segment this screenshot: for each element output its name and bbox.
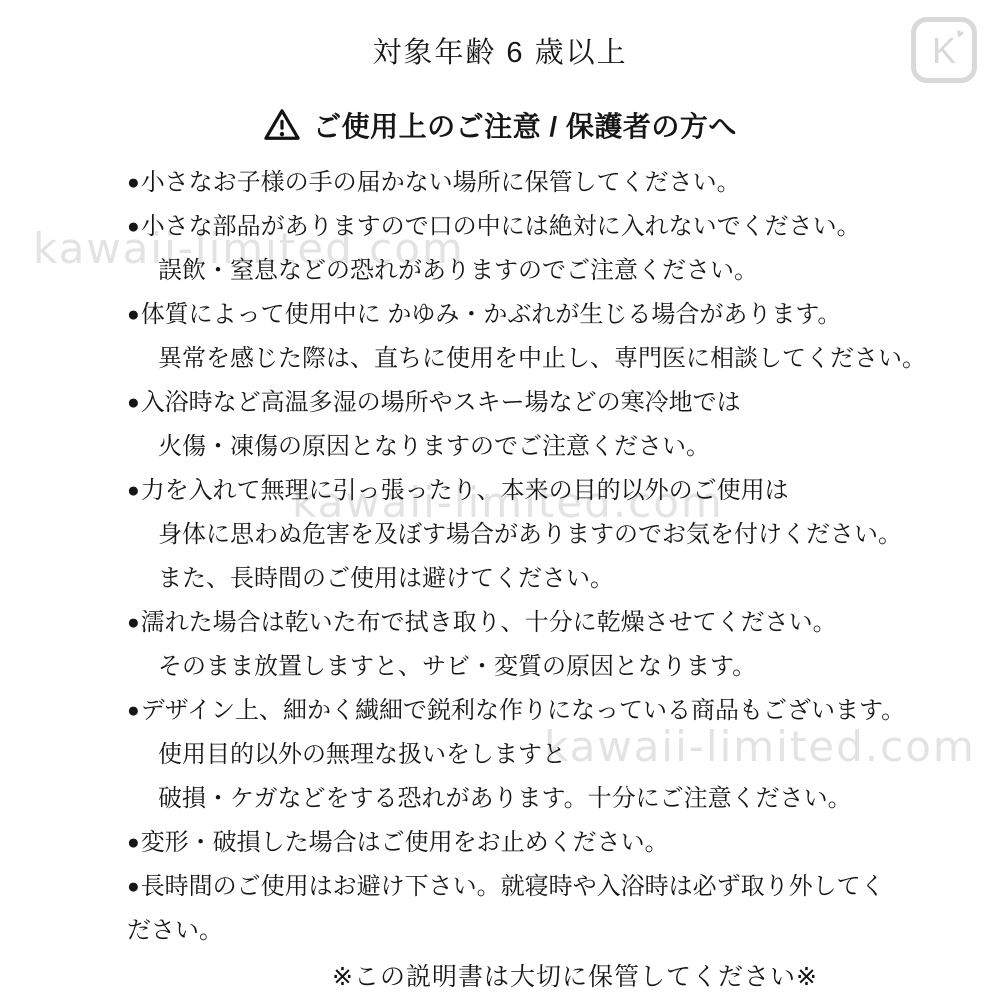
target-age-title: 対象年齢 6 歳以上	[0, 30, 1000, 71]
note-line: 身体に思わぬ危害を及ぼす場合がありますのでお気を付けください。	[127, 513, 1000, 557]
note-text: そのまま放置しますと、サビ・変質の原因となります。	[158, 653, 756, 680]
note-line: ●デザイン上、細かく繊細で鋭利な作りになっている商品もございます。	[127, 689, 1000, 733]
caution-heading-row: ご使用上のご注意 / 保護者の方へ	[0, 105, 1000, 145]
note-line: ●入浴時など高温多湿の場所やスキー場などの寒冷地では	[127, 381, 1000, 425]
note-line: ●力を入れて無理に引っ張ったり、本来の目的以外のご使用は	[127, 469, 1000, 513]
note-line: 誤飲・窒息などの恐れがありますのでご注意ください。	[127, 249, 1000, 293]
note-text: 誤飲・窒息などの恐れがありますのでご注意ください。	[158, 257, 758, 284]
note-line: ●変形・破損した場合はご使用をお止めください。	[127, 821, 1000, 865]
bullet-icon: ●	[127, 391, 140, 414]
note-line: ださい。	[127, 909, 1000, 953]
note-line: また、長時間のご使用は避けてください。	[127, 557, 1000, 601]
note-text: ださい。	[127, 917, 223, 944]
note-line: 使用目的以外の無理な扱いをしますと	[127, 733, 1000, 777]
bullet-icon: ●	[127, 215, 140, 238]
note-text: 身体に思わぬ危害を及ぼす場合がありますのでお気を付けください。	[158, 521, 902, 548]
note-line: そのまま放置しますと、サビ・変質の原因となります。	[127, 645, 1000, 689]
instruction-sheet: 対象年齢 6 歳以上 ご使用上のご注意 / 保護者の方へ ●小さなお子様の手の届…	[0, 30, 1000, 993]
bullet-icon: ●	[127, 875, 140, 898]
caution-heading: ご使用上のご注意 / 保護者の方へ	[313, 105, 737, 145]
note-line: ●体質によって使用中に かゆみ・かぶれが生じる場合があります。	[127, 293, 1000, 337]
bullet-icon: ●	[127, 303, 140, 326]
note-text: 異常を感じた際は、直ちに使用を中止し、専門医に相談してください。	[158, 345, 926, 372]
note-text: 長時間のご使用はお避け下さい。就寝時や入浴時は必ず取り外してく	[141, 873, 885, 900]
note-text: 小さなお子様の手の届かない場所に保管してください。	[141, 169, 741, 196]
caution-notes-list: ●小さなお子様の手の届かない場所に保管してください。●小さな部品がありますので口…	[127, 161, 1000, 953]
note-line: ●濡れた場合は乾いた布で拭き取り、十分に乾燥させてください。	[127, 601, 1000, 645]
note-text: 体質によって使用中に かゆみ・かぶれが生じる場合があります。	[141, 301, 842, 328]
note-text: 火傷・凍傷の原因となりますのでご注意ください。	[158, 433, 710, 460]
note-text: 小さな部品がありますので口の中には絶対に入れないでください。	[141, 213, 861, 240]
note-text: 破損・ケガなどをする恐れがあります。十分にご注意ください。	[158, 785, 852, 812]
bullet-icon: ●	[127, 611, 140, 634]
note-line: 破損・ケガなどをする恐れがあります。十分にご注意ください。	[127, 777, 1000, 821]
bullet-icon: ●	[127, 171, 140, 194]
note-text: また、長時間のご使用は避けてください。	[158, 565, 614, 592]
note-line: ●小さなお子様の手の届かない場所に保管してください。	[127, 161, 1000, 205]
note-text: 力を入れて無理に引っ張ったり、本来の目的以外のご使用は	[141, 477, 789, 504]
bullet-icon: ●	[127, 699, 140, 722]
note-line: ●長時間のご使用はお避け下さい。就寝時や入浴時は必ず取り外してく	[127, 865, 1000, 909]
note-text: 入浴時など高温多湿の場所やスキー場などの寒冷地では	[141, 389, 741, 416]
note-text: 濡れた場合は乾いた布で拭き取り、十分に乾燥させてください。	[141, 609, 837, 636]
note-text: 変形・破損した場合はご使用をお止めください。	[141, 829, 669, 856]
note-text: 使用目的以外の無理な扱いをしますと	[158, 741, 566, 768]
keep-instructions-note: ※この説明書は大切に保管してください※	[0, 957, 1000, 993]
note-line: 火傷・凍傷の原因となりますのでご注意ください。	[127, 425, 1000, 469]
warning-triangle-icon	[263, 108, 301, 142]
note-line: ●小さな部品がありますので口の中には絶対に入れないでください。	[127, 205, 1000, 249]
bullet-icon: ●	[127, 831, 140, 854]
note-line: 異常を感じた際は、直ちに使用を中止し、専門医に相談してください。	[127, 337, 1000, 381]
bullet-icon: ●	[127, 479, 140, 502]
note-text: デザイン上、細かく繊細で鋭利な作りになっている商品もございます。	[141, 697, 905, 724]
